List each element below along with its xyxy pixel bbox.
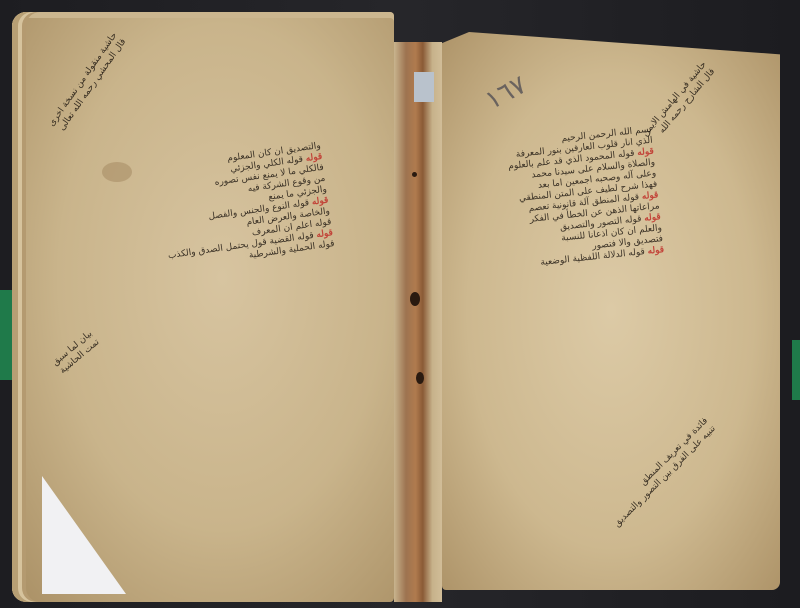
stain	[102, 162, 132, 182]
right-marginal-annotation-top: حاشية في الهامش الايمن قال الشارح رحمه ا…	[640, 60, 718, 146]
left-manuscript-page: والتصديق ان كان المعلوم قوله قوله الكلي …	[12, 12, 394, 602]
right-marginal-annotation-bottom: فائدة في تعريف المنطق تنبيه على الفرق بي…	[605, 416, 719, 530]
spine-label-tab	[414, 72, 434, 102]
left-marginal-annotation-bottom: بيان لما سبق تمت الحاشية	[51, 329, 102, 377]
book-spine	[394, 42, 442, 602]
green-tape-left	[0, 290, 12, 380]
left-main-text: والتصديق ان كان المعلوم قوله قوله الكلي …	[155, 141, 335, 273]
right-manuscript-page: بسم الله الرحمن الرحيم الذي انار قلوب ال…	[442, 32, 780, 590]
right-main-text: بسم الله الرحمن الرحيم الذي انار قلوب ال…	[506, 125, 665, 272]
green-tape-right	[792, 340, 800, 400]
left-marginal-annotation-top: حاشية منقولة من نسخة اخرى قال المحشي رحم…	[47, 31, 129, 135]
